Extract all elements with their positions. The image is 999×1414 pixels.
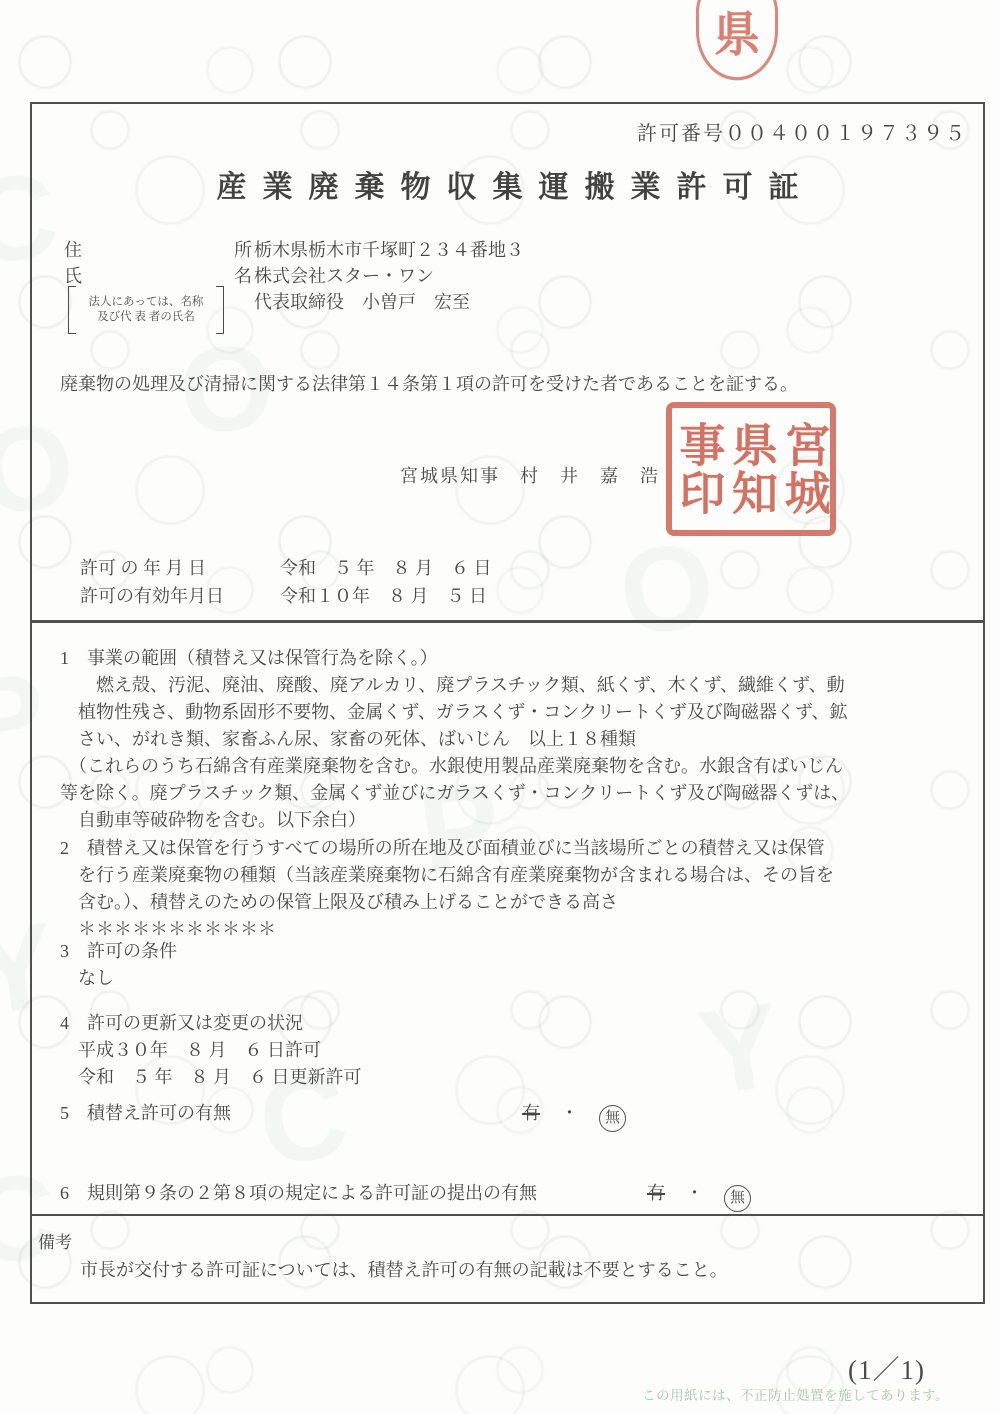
name-label-right: 名 <box>234 262 252 288</box>
permit-number-label: 許可番号 <box>637 123 725 145</box>
bracket-right <box>216 286 224 334</box>
certificate-title: 産業廃棄物収集運搬業許可証 <box>32 162 983 206</box>
item-1-line: 等を除く。廃プラスチック類、金属くず並びにガラスくず・コンクリートくず及び陶磁器… <box>60 780 965 807</box>
ari-struck-mark: 有 <box>522 1103 540 1123</box>
certification-statement: 廃棄物の処理及び清掃に関する法律第１４条第１項の許可を受けた者であることを証する… <box>60 370 965 396</box>
bracket-left <box>68 286 76 334</box>
governor-seal-col3: 事印 <box>675 421 721 517</box>
section-divider-top <box>31 620 983 623</box>
issuer-governor-name: 宮城県知事 村 井 嘉 浩 <box>400 462 660 488</box>
item-1-line: （これらのうち石綿含有産業廃棄物を含む。水銀使用製品産業廃棄物を含む。水銀含有ば… <box>60 753 965 780</box>
item-6-certificate-submission: 6 規則第９条の２第８項の規定による許可証の提出の有無 有 ・ 無 <box>60 1180 965 1207</box>
item-5-yes-no-marks: 有 ・ 無 <box>522 1100 626 1132</box>
item-3-line: 3 許可の条件 <box>60 938 965 965</box>
item-4-line: 令和 ５ 年 ８ 月 ６ 日更新許可 <box>60 1064 965 1091</box>
certificate-border-box: 許可番号００４００１９７３９５ 産業廃棄物収集運搬業許可証 住 所 栃木県栃木市… <box>30 102 985 1304</box>
remarks-label: 備考 <box>38 1228 72 1253</box>
item-5-label: 5 積替え許可の有無 <box>60 1103 231 1123</box>
separator-dot: ・ <box>561 1103 579 1123</box>
item-4-line: 4 許可の更新又は変更の状況 <box>60 1010 965 1037</box>
item-2-line: を行う産業廃棄物の種類（当該産業廃棄物に石綿含有産業廃棄物が含まれる場合は、その… <box>60 862 965 889</box>
item-1-line: 自動車等破砕物を含む。以下余白） <box>60 807 965 834</box>
holder-company-name: 株式会社スター・ワン <box>254 262 434 288</box>
item-1-line: 植物性残さ、動物系固形不要物、金属くず、ガラスくず・コンクリートくず及び陶磁器く… <box>60 699 965 726</box>
scanned-permit-page: { "stamp_corner": { "char": "県" }, "head… <box>0 0 999 1414</box>
item-6-yes-no-marks: 有 ・ 無 <box>647 1180 751 1212</box>
security-note: この用紙には、不正防止処置を施してあります。 <box>642 1384 949 1404</box>
corporate-note-line2: 及び代 表 者の氏名 <box>97 310 195 325</box>
name-label-left: 氏 <box>64 262 82 288</box>
permit-number-value: ００４００１９７３９５ <box>725 123 967 145</box>
address-label-right: 所 <box>234 236 252 262</box>
separator-dot: ・ <box>686 1183 704 1203</box>
nashi-circled-mark: 無 <box>599 1105 626 1132</box>
holder-representative: 代表取締役 小曽戸 宏至 <box>254 288 470 314</box>
item-1-line: 燃え殻、汚泥、廃油、廃酸、廃アルカリ、廃プラスチック類、紙くず、木くず、繊維くず… <box>60 672 965 699</box>
item-3-permit-conditions: 3 許可の条件 なし <box>60 938 965 992</box>
item-2-transfer-storage: 2 積替え又は保管を行うすべての場所の所在地及び面積並びに当該場所ごとの積替え又… <box>60 835 965 943</box>
ari-struck-mark: 有 <box>647 1183 665 1203</box>
item-2-line: 含む。）、積替えのための保管上限及び積み上げることができる高さ <box>60 889 965 916</box>
item-6-label: 6 規則第９条の２第８項の規定による許可証の提出の有無 <box>60 1183 537 1203</box>
item-1-line: 1 事業の範囲（積替え又は保管行為を除く。） <box>60 645 965 672</box>
item-1-business-scope: 1 事業の範囲（積替え又は保管行為を除く。） 燃え殻、汚泥、廃油、廃酸、廃アルカ… <box>60 645 965 834</box>
item-5-transfer-permit: 5 積替え許可の有無 有 ・ 無 <box>60 1100 965 1127</box>
item-3-line: なし <box>60 965 965 992</box>
expiry-date-value: 令和１０年 ８ 月 ５ 日 <box>280 582 487 608</box>
section-divider-remarks <box>31 1214 983 1216</box>
grant-date-value: 令和 ５ 年 ８ 月 ６ 日 <box>280 554 492 580</box>
corporate-name-note: 法人にあっては、名称 及び代 表 者の氏名 <box>68 286 224 334</box>
governor-seal-col2: 県知 <box>728 421 774 517</box>
permit-number-line: 許可番号００４００１９７３９５ <box>637 117 967 146</box>
remarks-text: 市長が交付する許可証については、積替え許可の有無の記載は不要とすること。 <box>80 1256 728 1282</box>
item-2-line: 2 積替え又は保管を行うすべての場所の所在地及び面積並びに当該場所ごとの積替え又… <box>60 835 965 862</box>
expiry-date-label: 許可の有効年月日 <box>80 582 224 608</box>
grant-date-label: 許可 の 年 月 日 <box>80 554 206 580</box>
item-4-line: 平成３０年 ８ 月 ６ 日許可 <box>60 1037 965 1064</box>
nashi-circled-mark: 無 <box>724 1185 751 1212</box>
page-number: (1／1) <box>848 1348 925 1387</box>
address-label-left: 住 <box>64 236 82 262</box>
registration-seal-icon: 県 <box>696 0 778 80</box>
item-1-line: さい、がれき類、家畜ふん尿、家畜の死体、ばいじん 以上１８種類 <box>60 726 965 753</box>
holder-address: 栃木県栃木市千塚町２３４番地３ <box>254 236 524 262</box>
governor-seal-col1: 宮城 <box>781 421 827 517</box>
corporate-note-line1: 法人にあっては、名称 <box>89 295 204 310</box>
governor-seal-icon: 宮城 県知 事印 <box>666 402 836 536</box>
item-4-renewal-history: 4 許可の更新又は変更の状況 平成３０年 ８ 月 ６ 日許可 令和 ５ 年 ８ … <box>60 1010 965 1091</box>
